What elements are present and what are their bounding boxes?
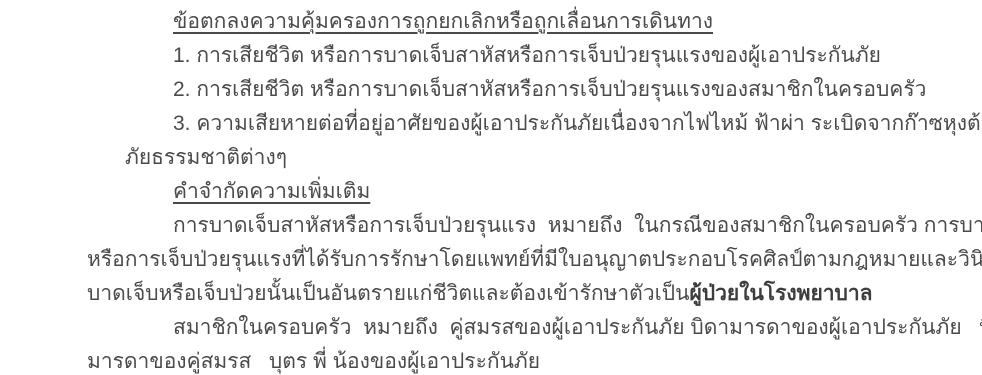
- serious-injury-definition-line-3: บาดเจ็บหรือเจ็บป่วยนั้นเป็นอันตรายแก่ชีว…: [0, 277, 982, 311]
- coverage-section-heading: ข้อตกลงความคุ้มครองการถูกยกเลิกหรือถูกเล…: [0, 5, 982, 39]
- coverage-item-1: 1. การเสียชีวิต หรือการบาดเจ็บสาหัสหรือก…: [0, 39, 982, 73]
- serious-injury-definition-line-3-regular-text: บาดเจ็บหรือเจ็บป่วยนั้นเป็นอันตรายแก่ชีว…: [87, 282, 689, 305]
- family-member-definition-line-1: สมาชิกในครอบครัว หมายถึง คู่สมรสของผู้เอ…: [0, 311, 982, 345]
- serious-injury-definition-line-1: การบาดเจ็บสาหัสหรือการเจ็บป่วยรุนแรง หมา…: [0, 209, 982, 243]
- coverage-item-3-line-1: 3. ความเสียหายต่อที่อยู่อาศัยของผู้เอาปร…: [0, 107, 982, 141]
- serious-injury-definition-line-2: หรือการเจ็บป่วยรุนแรงที่ได้รับการรักษาโด…: [0, 243, 982, 277]
- insurance-policy-document: ข้อตกลงความคุ้มครองการถูกยกเลิกหรือถูกเล…: [0, 0, 982, 375]
- coverage-item-2: 2. การเสียชีวิต หรือการบาดเจ็บสาหัสหรือก…: [0, 73, 982, 107]
- family-member-definition-line-2: มารดาของคู่สมรส บุตร พี่ น้องของผู้เอาปร…: [0, 345, 982, 375]
- inpatient-hospital-bold-text: ผู้ป่วยในโรงพยาบาล: [689, 282, 872, 305]
- definitions-section-heading: คำจำกัดความเพิ่มเติม: [0, 175, 982, 209]
- coverage-item-3-line-2: ภัยธรรมชาติต่างๆ: [0, 141, 982, 175]
